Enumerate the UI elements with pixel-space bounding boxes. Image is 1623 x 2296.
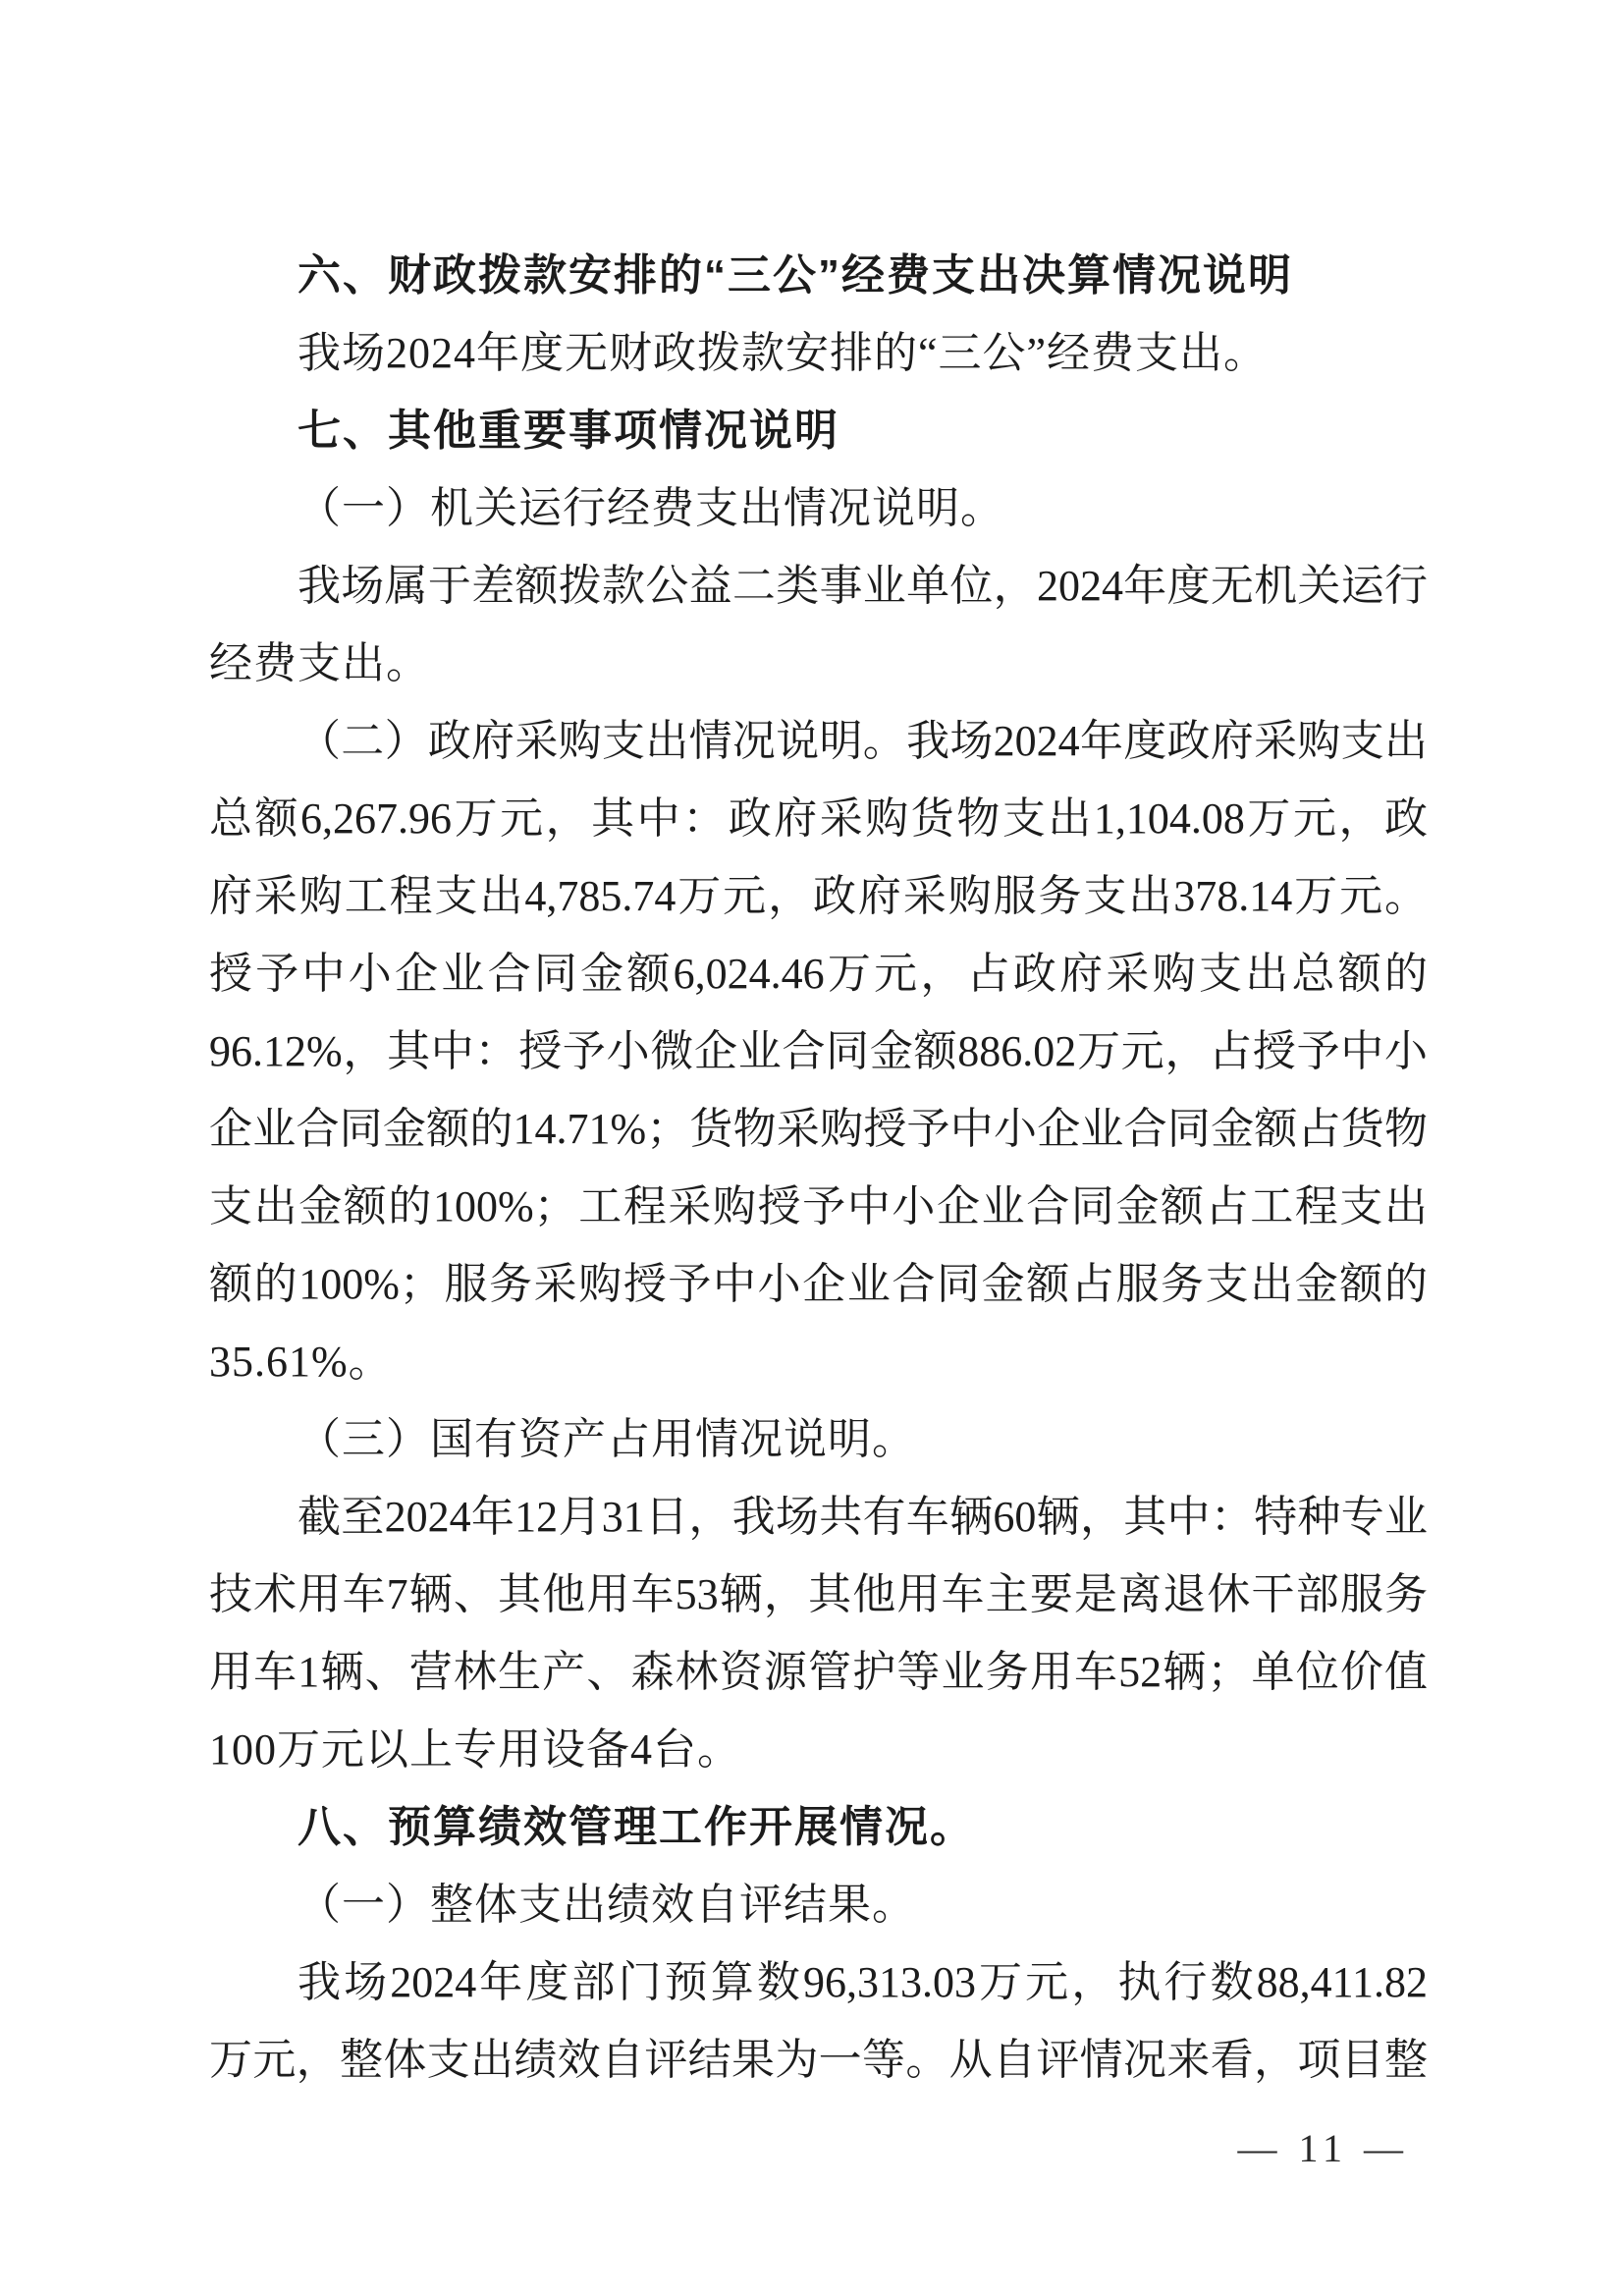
document-line: 技术用车7辆、其他用车53辆，其他用车主要是离退休干部服务 [209,1556,1428,1633]
document-line: 用车1辆、营林生产、森林资源管护等业务用车52辆；单位价值 [209,1633,1428,1711]
document-line: 支出金额的100%；工程采购授予中小企业合同金额占工程支出金 [209,1168,1428,1245]
document-line: 100万元以上专用设备4台。 [209,1711,1428,1788]
document-line: （三）国有资产占用情况说明。 [209,1400,1428,1478]
document-line: 我场2024年度无财政拨款安排的“三公”经费支出。 [209,314,1428,392]
document-line: 万元，整体支出绩效自评结果为一等。从自评情况来看，项目整 [209,2021,1428,2099]
document-page: 六、财政拨款安排的“三公”经费支出决算情况说明我场2024年度无财政拨款安排的“… [0,0,1623,2296]
document-line: 七、其他重要事项情况说明 [209,392,1428,469]
document-line: （一）整体支出绩效自评结果。 [209,1866,1428,1943]
document-line: 截至2024年12月31日，我场共有车辆60辆，其中：特种专业 [209,1478,1428,1556]
document-line: 总额6,267.96万元，其中：政府采购货物支出1,104.08万元，政 [209,780,1428,857]
document-line: 额的100%；服务采购授予中小企业合同金额占服务支出金额的 [209,1245,1428,1323]
document-line: 96.12%，其中：授予小微企业合同金额886.02万元，占授予中小 [209,1012,1428,1090]
document-line: 八、预算绩效管理工作开展情况。 [209,1788,1428,1866]
document-line: 企业合同金额的14.71%；货物采购授予中小企业合同金额占货物 [209,1090,1428,1168]
document-line: 六、财政拨款安排的“三公”经费支出决算情况说明 [209,237,1428,314]
document-line: 我场2024年度部门预算数96,313.03万元，执行数88,411.82 [209,1943,1428,2021]
page-number: — 11 — [1237,2119,1409,2178]
document-body: 六、财政拨款安排的“三公”经费支出决算情况说明我场2024年度无财政拨款安排的“… [209,237,1428,2099]
document-line: 35.61%。 [209,1323,1428,1400]
document-line: （二）政府采购支出情况说明。我场2024年度政府采购支出 [209,702,1428,780]
document-line: 授予中小企业合同金额6,024.46万元，占政府采购支出总额的 [209,935,1428,1012]
document-line: 经费支出。 [209,625,1428,702]
document-line: 府采购工程支出4,785.74万元，政府采购服务支出378.14万元。 [209,857,1428,935]
document-line: 我场属于差额拨款公益二类事业单位，2024年度无机关运行 [209,547,1428,625]
document-line: （一）机关运行经费支出情况说明。 [209,469,1428,547]
